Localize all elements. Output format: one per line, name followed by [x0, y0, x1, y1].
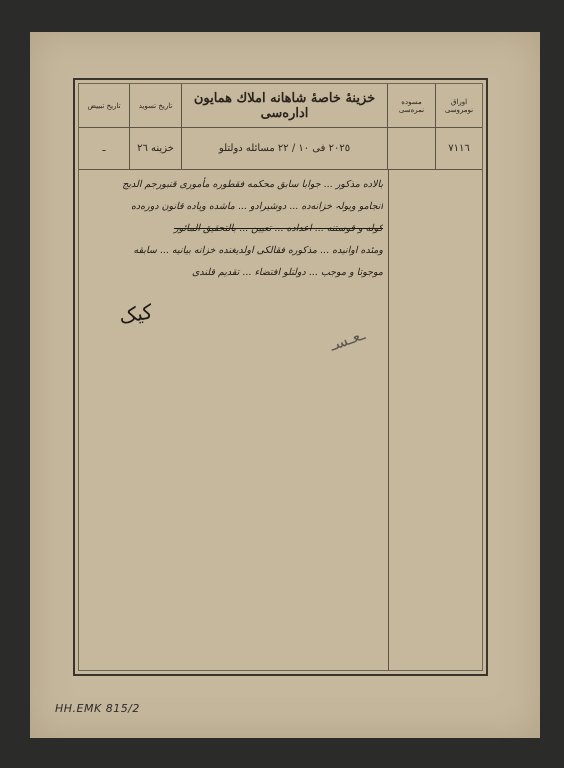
- body-line-2: انجامو ویولہ خزانه‌ده ... دوشیرادو ... م…: [85, 196, 383, 218]
- body-line-4: ومئده اوانیده ... مذکوره فقالکی اولدیغند…: [85, 240, 383, 262]
- header-office-title: خزینهٔ خاصهٔ شاهانه املاك همایون اداره‌س…: [182, 84, 388, 127]
- form-frame: تاریخ تبییض تاریخ تسوید خزینهٔ خاصهٔ شاه…: [73, 78, 488, 676]
- paraph-signature-left: ﮐﯿﮏ: [117, 299, 154, 328]
- value-tesvid-date: خزینه ٢٦: [130, 127, 182, 169]
- archival-call-number: HH.EMK 815/2: [55, 702, 140, 715]
- value-draft-number: [388, 127, 436, 169]
- form-data-row: ـ خزینه ٢٦ ٢٠٢٥ فی ١٠ / ٢٢ مسائله دولتلو…: [79, 127, 482, 170]
- body-line-1: بالاده مذکور ... جوابا سابق محکمه فقطوره…: [85, 174, 383, 196]
- value-document-number: ٧١١٦: [436, 127, 482, 169]
- header-tebyiz-date: تاریخ تبییض: [79, 84, 130, 127]
- document-page: تاریخ تبییض تاریخ تسوید خزینهٔ خاصهٔ شاه…: [30, 32, 540, 738]
- body-column-divider: [388, 169, 389, 670]
- body-line-5: موجوتا و موجب ... دولتلو افتضاء ... تقدی…: [85, 262, 383, 284]
- form-frame-inner: تاریخ تبییض تاریخ تسوید خزینهٔ خاصهٔ شاه…: [78, 83, 483, 671]
- body-line-3: کوله و قوستنه ... اعداده ... تعیین ... ب…: [85, 218, 383, 240]
- value-subject: ٢٠٢٥ فی ١٠ / ٢٢ مسائله دولتلو: [182, 127, 388, 169]
- paraph-signature-right: ـعـسـ: [327, 324, 367, 354]
- header-draft-number: مسوده نمره‌سی: [388, 84, 436, 127]
- form-header-row: تاریخ تبییض تاریخ تسوید خزینهٔ خاصهٔ شاه…: [79, 84, 482, 128]
- header-tesvid-date: تاریخ تسوید: [130, 84, 182, 127]
- handwritten-body: بالاده مذکور ... جوابا سابق محکمه فقطوره…: [85, 174, 383, 284]
- header-document-number: اوراق نومروسی: [436, 84, 482, 127]
- document-number-text: ٧١١٦: [448, 143, 469, 154]
- value-tebyiz-date: ـ: [79, 127, 130, 169]
